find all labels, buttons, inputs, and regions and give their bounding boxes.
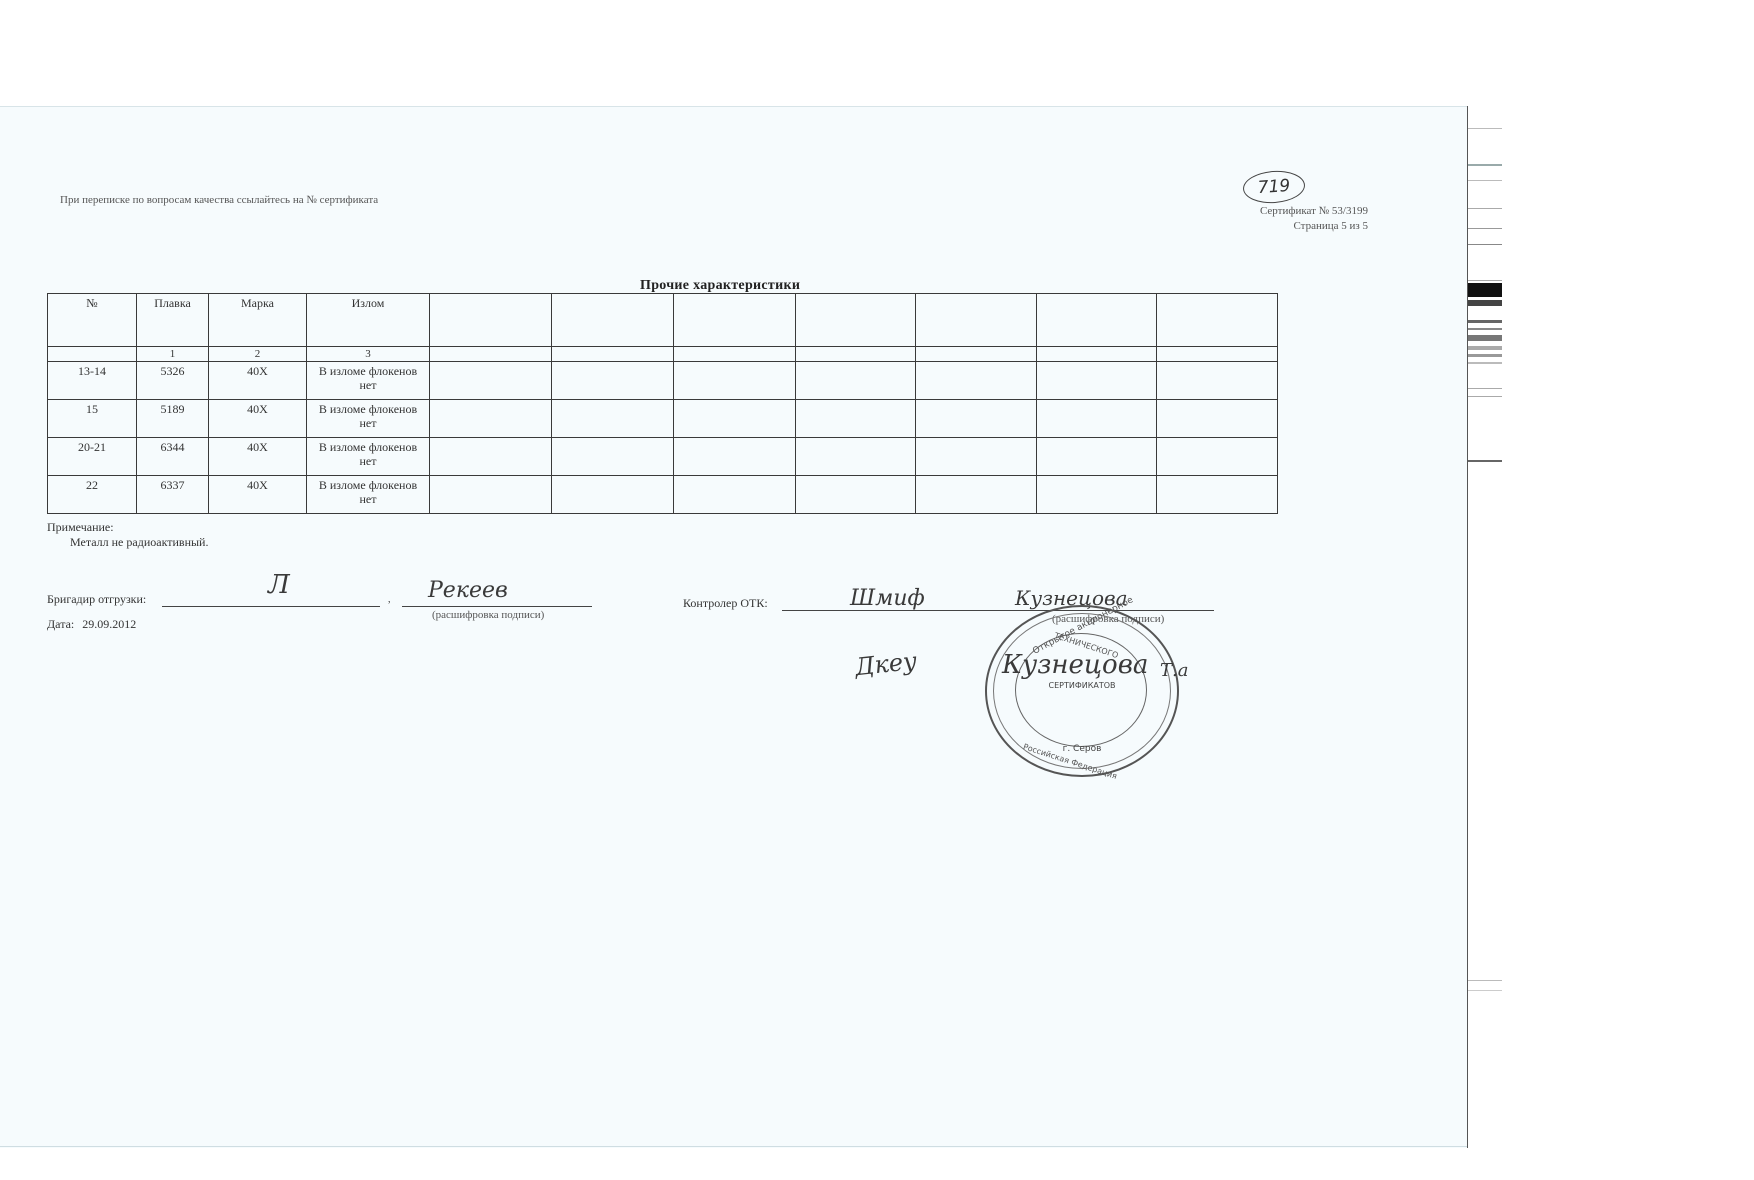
table-cell: Плавка [137,294,209,347]
table-cell: № [48,294,137,347]
table-row: 13-14532640ХВ изломе флокенов нет [48,362,1278,400]
table-header-row: №ПлавкаМаркаИзлом [48,294,1278,347]
certificate-info: Сертификат № 53/3199 Страница 5 из 5 [1260,204,1368,234]
table-cell: В изломе флокенов нет [307,362,430,400]
table-cell [674,362,796,400]
table-cell [552,347,674,362]
date-label: Дата: 29.09.2012 [47,617,136,632]
table-cell: Марка [209,294,307,347]
brigadier-sign-line [162,606,380,607]
brigadier-decoding-label: (расшифровка подписи) [432,609,544,621]
correspondence-notice: При переписке по вопросам качества ссыла… [60,194,378,206]
table-cell: 40Х [209,400,307,438]
table-cell [1037,476,1157,514]
table-cell [916,294,1037,347]
stamp-center-text: СЕРТИФИКАТОВ [987,681,1177,690]
table-cell: 40Х [209,476,307,514]
characteristics-table: №ПлавкаМаркаИзлом12313-14532640ХВ изломе… [47,293,1278,514]
date-value: 29.09.2012 [82,617,136,631]
table-cell [916,438,1037,476]
note-text: Металл не радиоактивный. [70,535,208,550]
table-cell [552,400,674,438]
table-cell [430,476,552,514]
table-cell [796,438,916,476]
table-cell [430,438,552,476]
table-cell: 40Х [209,438,307,476]
table-cell [1157,347,1278,362]
table-cell [552,362,674,400]
table-cell [430,294,552,347]
section-title: Прочие характеристики [640,278,800,294]
table-cell [552,476,674,514]
table-cell [916,476,1037,514]
table-cell: 15 [48,400,137,438]
table-cell [916,347,1037,362]
table-cell: В изломе флокенов нет [307,476,430,514]
scan-artifact-strip [1468,120,1502,1140]
table-cell [796,400,916,438]
table-row: 20-21634440ХВ изломе флокенов нет [48,438,1278,476]
table-cell [1157,438,1278,476]
table-cell [1157,362,1278,400]
table-cell [916,400,1037,438]
table-cell [1037,438,1157,476]
table-cell: 3 [307,347,430,362]
stamp-city: г. Серов [987,744,1177,754]
scanned-page [0,106,1468,1148]
table-cell: 5189 [137,400,209,438]
table-cell [796,347,916,362]
note-label: Примечание: [47,520,114,535]
date-label-text: Дата: [47,617,74,631]
table-cell [916,362,1037,400]
table-cell [1157,400,1278,438]
table-cell: 13-14 [48,362,137,400]
table-cell [796,476,916,514]
table-cell [674,400,796,438]
controller-sign-line [782,610,1214,611]
page-number: Страница 5 из 5 [1260,219,1368,234]
company-stamp: Открытое акционерное ТЕХНИЧЕСКОГО СЕРТИФ… [985,605,1179,777]
stamp-overlay-signature: Кузнецова [1002,650,1148,680]
table-cell [1037,294,1157,347]
table-cell [1037,400,1157,438]
page-bottom-edge [0,1146,1467,1147]
table-cell: 5326 [137,362,209,400]
table-cell [430,347,552,362]
page-top-edge [0,106,1467,107]
table-cell [796,294,916,347]
table-cell: 22 [48,476,137,514]
table-cell [1157,476,1278,514]
table-cell [674,294,796,347]
table-cell: В изломе флокенов нет [307,400,430,438]
table-cell [796,362,916,400]
brigadier-label: Бригадир отгрузки: [47,592,146,607]
brigadier-name-handwritten: Рекеев [428,578,508,603]
table-cell [430,400,552,438]
table-cell [674,476,796,514]
table-cell [48,347,137,362]
stamp-side-signature: Т.а [1160,660,1188,681]
table-cell: В изломе флокенов нет [307,438,430,476]
table-column-numbers-row: 123 [48,347,1278,362]
table-cell: 20-21 [48,438,137,476]
comma-separator: , [388,594,391,605]
certificate-number: Сертификат № 53/3199 [1260,204,1368,219]
controller-signature: Шмиф [850,586,925,611]
table-cell: 6344 [137,438,209,476]
table-cell [1037,362,1157,400]
table-cell: 40Х [209,362,307,400]
controller-label: Контролер ОТК: [683,596,768,611]
table-cell [674,438,796,476]
table-cell [430,362,552,400]
table-cell [674,347,796,362]
table-cell [1157,294,1278,347]
table-cell: Излом [307,294,430,347]
table-cell: 1 [137,347,209,362]
table-row: 15518940ХВ изломе флокенов нет [48,400,1278,438]
table-cell [1037,347,1157,362]
brigadier-name-line [402,606,592,607]
table-cell [552,294,674,347]
table-cell [552,438,674,476]
table-row: 22633740ХВ изломе флокенов нет [48,476,1278,514]
table-cell: 2 [209,347,307,362]
table-cell: 6337 [137,476,209,514]
brigadier-signature: Л [268,570,290,600]
